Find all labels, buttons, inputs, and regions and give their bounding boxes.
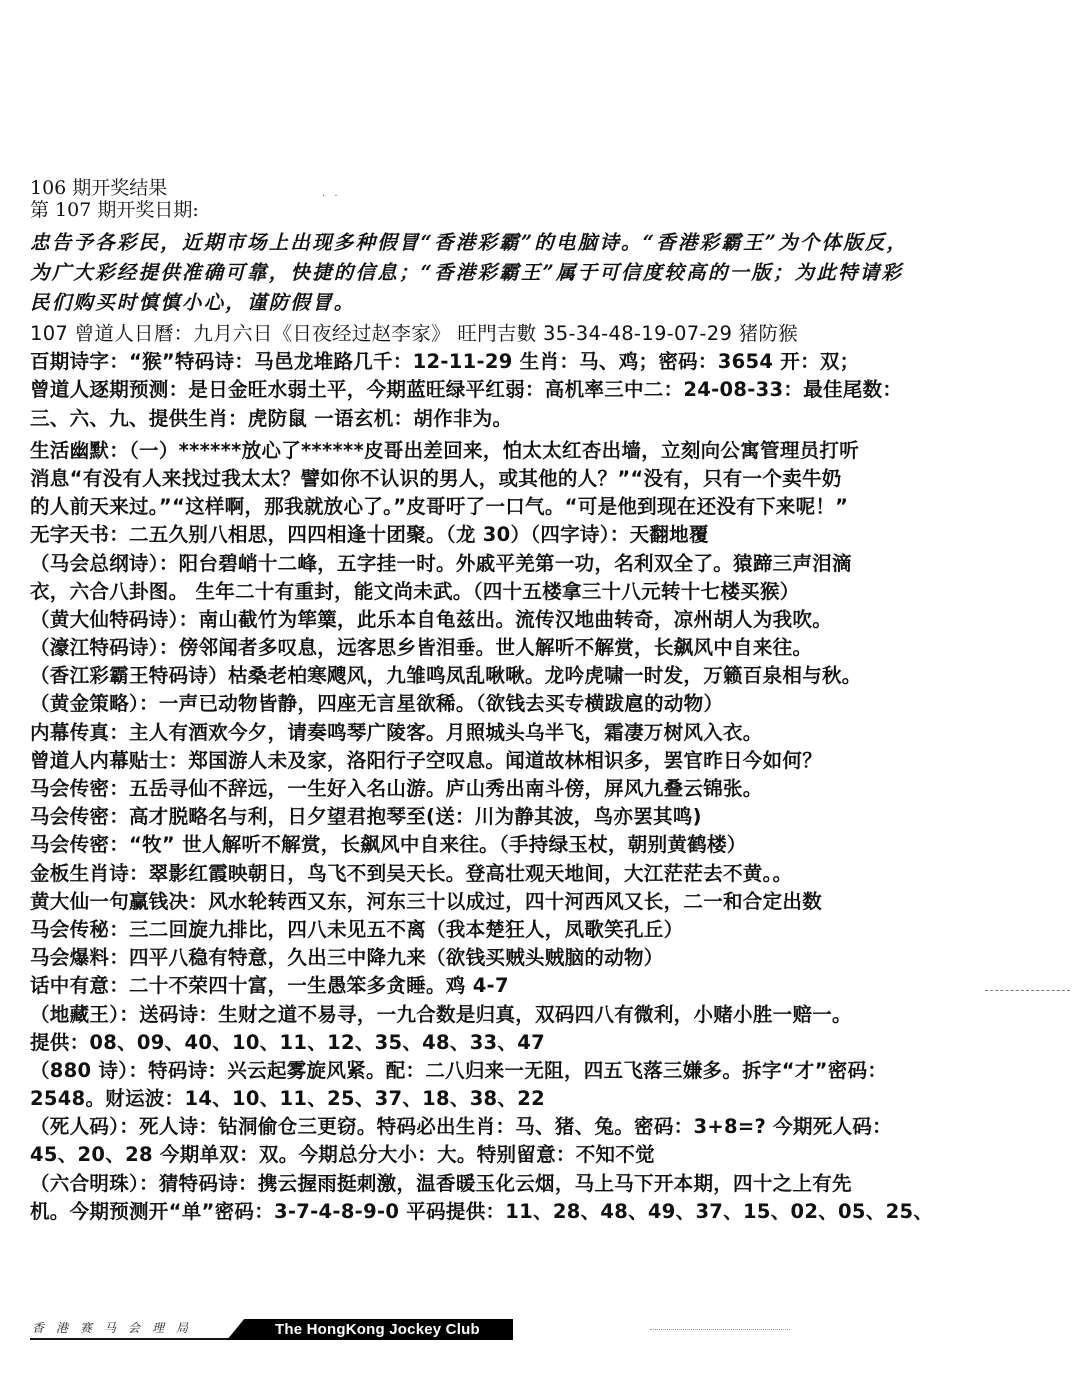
content-line-secret-3: 马会传密：“牧” 世人解听不解赏，长飙风中自来往。（手持绿玉杖，朝别黄鹤楼） [30,831,1060,859]
content-line-fortune-wave: 2548。财运波：14、10、11、25、37、18、38、22 [30,1085,1060,1113]
content-line-secret-1: 马会传密：五岳寻仙不辞远，一生好入名山游。庐山秀出南斗傍，屏风九叠云锦张。 [30,775,1060,803]
content-line-jockey-club-poem: （马会总纲诗）：阳台碧峭十二峰，五字挂一时。外戚平羌第一功，名利双全了。猿蹄三声… [30,550,1060,578]
content-line-golden-strategy: （黄金策略）：一声已动物皆静，四座无言星欲稀。（欲钱去买专横跋扈的动物） [30,690,1060,718]
content-line-provided-numbers: 提供：08、09、40、10、11、12、35、48、33、47 [30,1029,1060,1057]
content-line-daily-calendar: 107 曾道人日曆：九月六日《日夜经过赵李家》 旺門吉數 35-34-48-19… [30,320,1060,348]
content-line-humor: 消息“有没有人来找过我太太？譬如你不认识的男人，或其他的人？”“没有，只有一个卖… [30,465,1060,493]
warning-notice: 忠告予各彩民，近期市场上出现多种假冒“香港彩霸”的电脑诗。“香港彩霸王”为个体版… [30,228,1040,318]
content-line-jockey-club-poem: 衣，六合八卦图。 生年二十有重封，能文尚未武。（四十五楼拿三十八元转十七楼买猴） [30,578,1060,606]
content-line-hidden-meaning: 话中有意：二十不荣四十富，一生愚笨多贪睡。鸡 4-7 [30,972,1060,1000]
scan-dots: . . [322,188,341,199]
content-line-jockey-scoop: 马会爆料：四平八稳有特意，久出三中降九来（欲钱买贼头贼脑的动物） [30,944,1060,972]
content-line-zodiac-hint: 三、六、九、提供生肖：虎防鼠 一语玄机：胡作非为。 [30,405,1060,433]
content-line-insider-fax: 内幕传真：主人有酒欢今夕，请奏鸣琴广陵客。月照城头乌半飞，霜凄万树风入衣。 [30,719,1060,747]
prediction-content: 107 曾道人日曆：九月六日《日夜经过赵李家》 旺門吉數 35-34-48-19… [30,320,1060,1226]
scan-artifact-dots [650,1329,790,1330]
content-line-prediction-numbers: 机。今期预测开“单”密码：3-7-4-8-9-0 平码提供：11、28、48、4… [30,1198,1060,1226]
content-line-dead-code-numbers: 45、20、28 今期单双：双。今期总分大小：大。特别留意：不知不觉 [30,1141,1060,1169]
notice-line: 民们购买时慎慎小心，谨防假冒。 [30,288,1040,318]
jockey-club-footer-logo: 香港赛马会理局 The HongKong Jockey Club [30,1318,515,1340]
content-line-880-poem: （880 诗）：特码诗：兴云起雾旋风紧。配：二八归来一无阻，四五飞落三嫌多。拆字… [30,1057,1060,1085]
scan-artifact-line [985,990,1070,991]
footer-english-name: The HongKong Jockey Club [275,1320,480,1339]
previous-draw-result-title: 106 期开奖结果 [30,177,167,199]
draw-date-label: 第 107 期开奖日期: [30,199,199,221]
content-line-golden-zodiac-poem: 金板生肖诗：翠影红霞映朝日，鸟飞不到吴天长。登高壮观天地间，大江茫茫去不黄。。 [30,860,1060,888]
content-line-dead-code: （死人码）：死人诗：钻洞偷仓三更窃。特码必出生肖：马、猪、兔。密码：3+8=? … [30,1113,1060,1141]
content-line-humor: 的人前天来过。”“这样啊，那我就放心了。”皮哥吁了一口气。“可是他到现在还没有下… [30,493,1060,521]
content-line-period-forecast: 曾道人逐期预测：是日金旺水弱土平，今期蓝旺绿平红弱：高机率三中二：24-08-3… [30,376,1060,404]
content-line-haojiang-poem: （濠江特码诗）：傍邻闻者多叹息，远客思乡皆泪垂。世人解听不解赏，长飙风中自来往。 [30,634,1060,662]
content-line-ksitigarbha-poem: （地藏王）：送码诗：生财之道不易寻，一九合数是归真，双码四八有微利，小赌小胜一赔… [30,1001,1060,1029]
notice-line: 忠告予各彩民，近期市场上出现多种假冒“香港彩霸”的电脑诗。“香港彩霸王”为个体版… [30,228,1040,258]
content-line-xiangjiang-poem: （香江彩霸王特码诗）枯桑老柏寒飕风，九雏鸣凤乱啾啾。龙吟虎啸一时发，万籁百泉相与… [30,662,1060,690]
scanned-document-page: 106 期开奖结果 . . 第 107 期开奖日期: 忠告予各彩民，近期市场上出… [0,0,1080,1377]
content-line-secret-2: 马会传密：高才脱略名与利，日夕望君抱琴至(送：川为静其波，鸟亦罢其鸣) [30,803,1060,831]
notice-line: 为广大彩经提供准确可靠，快捷的信息；“香港彩霸王”属于可信度较高的一版；为此特请… [30,258,1040,288]
content-line-hundred-period-poem: 百期诗字：“猴”特码诗：马邑龙堆路几千：12-11-29 生肖：马、鸡；密码：3… [30,348,1060,376]
footer-underline [30,1338,230,1340]
footer-chinese-name: 香港赛马会理局 [32,1318,242,1338]
content-line-humor: 生活幽默：（一）******放心了******皮哥出差回来，怕太太红杏出墙，立刻… [30,437,1060,465]
content-line-jockey-secret: 马会传秘：三二回旋九排比，四八未见五不离（我本楚狂人，凤歌笑孔丘） [30,916,1060,944]
content-line-wong-tai-sin-poem: （黄大仙特码诗）：南山截竹为筚篥，此乐本自龟兹出。流传汉地曲转奇，凉州胡人为我吹… [30,606,1060,634]
content-line-wordless-book: 无字天书：二五久别八相思，四四相逢十团聚。（龙 30）（四字诗）：天翻地覆 [30,521,1060,549]
content-line-winning-formula: 黄大仙一句赢钱决：风水轮转西又东，河东三十以成过，四十河西风又长，二一和合定出数 [30,888,1060,916]
content-line-insider-tips: 曾道人内幕贴士：郑国游人未及家，洛阳行子空叹息。闻道故林相识多，罢官昨日今如何？ [30,747,1060,775]
content-line-liuhe-pearl: （六合明珠）：猜特码诗：携云握雨挺刺激，温香暖玉化云烟，马上马下开本期，四十之上… [30,1170,1060,1198]
